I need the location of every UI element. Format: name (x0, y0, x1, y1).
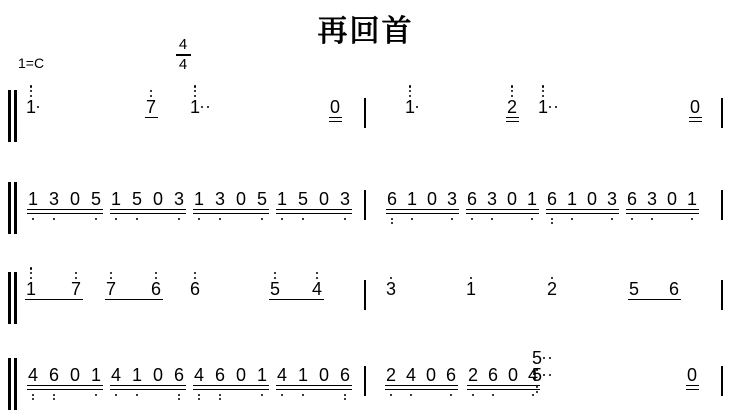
octave-dot-below (32, 398, 34, 400)
note-digit: 0 (508, 368, 518, 382)
duration-dot (555, 106, 557, 108)
octave-dot-below (95, 394, 97, 396)
start-double-barline (8, 272, 11, 324)
octave-dot-below (115, 394, 117, 396)
note-digit: 6 (190, 282, 200, 296)
octave-dot-below (198, 218, 200, 220)
note-digit: 1 (194, 192, 204, 206)
note-digit: 5 (132, 192, 142, 206)
octave-dot-below (219, 398, 221, 400)
octave-dot-below (302, 394, 304, 396)
octave-dot-below (551, 218, 553, 220)
note-digit: 6 (669, 282, 679, 296)
octave-dot-below (219, 394, 221, 396)
note-digit: 5 (91, 192, 101, 206)
note-digit: 6 (387, 192, 397, 206)
note-digit: 6 (627, 192, 637, 206)
beam-underline (467, 389, 540, 391)
octave-dot-below (198, 398, 200, 400)
octave-dot-below (391, 222, 393, 224)
octave-dot-above (110, 277, 112, 279)
beam-underline (110, 389, 186, 391)
octave-dot-above (194, 277, 196, 279)
note-digit: 1 (111, 192, 121, 206)
octave-dot-above (30, 277, 32, 279)
note-digit: 1 (687, 192, 697, 206)
note-digit: 0 (330, 100, 340, 114)
octave-dot-below (198, 394, 200, 396)
note-digit: 0 (667, 192, 677, 206)
note-digit: 0 (319, 192, 329, 206)
octave-dot-below (491, 218, 493, 220)
note-digit: 7 (146, 100, 156, 114)
note-digit: 1 (132, 368, 142, 382)
octave-dot-below (178, 394, 180, 396)
note-digit: 3 (647, 192, 657, 206)
note-digit: 1 (190, 100, 200, 114)
note-digit: 6 (547, 192, 557, 206)
note-digit: 5 (532, 351, 542, 365)
octave-dot-above (30, 90, 32, 92)
note-digit: 1 (298, 368, 308, 382)
note-digit: 6 (174, 368, 184, 382)
octave-dot-below (302, 218, 304, 220)
note-digit: 4 (194, 368, 204, 382)
beam-underline (193, 213, 269, 215)
note-digit: 0 (70, 368, 80, 382)
beam-underline (276, 213, 352, 215)
note-digit: 3 (607, 192, 617, 206)
octave-dot-below (471, 218, 473, 220)
note-digit: 6 (467, 192, 477, 206)
note-digit: 1 (405, 100, 415, 114)
octave-dot-below (390, 394, 392, 396)
note-digit: 2 (507, 100, 517, 114)
note-digit: 3 (215, 192, 225, 206)
beam-underline (506, 121, 519, 123)
octave-dot-below (611, 218, 613, 220)
note-digit: 6 (151, 282, 161, 296)
octave-dot-below (219, 218, 221, 220)
beam-underline (506, 117, 519, 119)
barline (721, 98, 723, 128)
note-digit: 7 (71, 282, 81, 296)
note-digit: 1 (538, 100, 548, 114)
octave-dot-above (542, 85, 544, 87)
octave-dot-below (651, 218, 653, 220)
octave-dot-below (691, 218, 693, 220)
octave-dot-above (316, 272, 318, 274)
note-digit: 3 (447, 192, 457, 206)
sheet-music-page: { "title": "再回首", "key_signature": "1=C"… (0, 0, 731, 420)
octave-dot-below (261, 394, 263, 396)
barline (364, 98, 366, 128)
octave-dot-below (492, 394, 494, 396)
octave-dot-below (571, 218, 573, 220)
note-digit: 1 (567, 192, 577, 206)
note-digit: 0 (153, 368, 163, 382)
octave-dot-above (30, 85, 32, 87)
beam-underline (466, 213, 539, 215)
beam-underline (686, 389, 699, 391)
octave-dot-below (53, 218, 55, 220)
beam-underline (546, 213, 619, 215)
octave-dot-above (409, 85, 411, 87)
octave-dot-above (194, 90, 196, 92)
octave-dot-below (631, 218, 633, 220)
duration-dot (207, 106, 209, 108)
note-digit: 5 (532, 368, 542, 382)
octave-dot-above (150, 95, 152, 97)
octave-dot-above (30, 95, 32, 97)
barline (364, 280, 366, 310)
beam-underline (385, 389, 458, 391)
octave-dot-above (110, 272, 112, 274)
octave-dot-below (532, 394, 534, 396)
octave-dot-above (274, 272, 276, 274)
octave-dot-above (194, 85, 196, 87)
note-digit: 0 (236, 192, 246, 206)
note-digit: 3 (386, 282, 396, 296)
note-digit: 6 (488, 368, 498, 382)
octave-dot-below (136, 394, 138, 396)
octave-dot-above (409, 90, 411, 92)
octave-dot-above (274, 277, 276, 279)
note-digit: 0 (690, 100, 700, 114)
duration-dot (549, 106, 551, 108)
octave-dot-below (178, 218, 180, 220)
note-digit: 6 (340, 368, 350, 382)
beam-underline (386, 213, 459, 215)
octave-dot-above (551, 277, 553, 279)
duration-dot (416, 106, 418, 108)
note-digit: 4 (28, 368, 38, 382)
note-digit: 0 (587, 192, 597, 206)
octave-dot-below (136, 218, 138, 220)
beam-underline (689, 121, 702, 123)
note-digit: 5 (270, 282, 280, 296)
start-double-barline (14, 90, 17, 142)
beam-underline (626, 213, 699, 215)
note-digit: 4 (406, 368, 416, 382)
note-digit: 0 (236, 368, 246, 382)
barline (364, 190, 366, 220)
start-double-barline (8, 90, 11, 142)
octave-dot-above (155, 277, 157, 279)
octave-dot-below (410, 394, 412, 396)
start-double-barline (14, 272, 17, 324)
start-double-barline (8, 358, 11, 410)
barline (721, 280, 723, 310)
note-digit: 2 (468, 368, 478, 382)
duration-dot (543, 374, 545, 376)
octave-dot-above (511, 95, 513, 97)
note-digit: 1 (466, 282, 476, 296)
octave-dot-above (409, 95, 411, 97)
note-digit: 0 (427, 192, 437, 206)
beam-underline (329, 117, 342, 119)
duration-dot (201, 106, 203, 108)
duration-dot (543, 357, 545, 359)
octave-dot-below (551, 222, 553, 224)
octave-dot-above (542, 90, 544, 92)
note-digit: 1 (527, 192, 537, 206)
score: 1710121013051503130515036103630161036301… (0, 0, 731, 420)
note-digit: 6 (446, 368, 456, 382)
octave-dot-below (32, 394, 34, 396)
beam-underline (329, 121, 342, 123)
note-digit: 3 (49, 192, 59, 206)
note-digit: 1 (26, 282, 36, 296)
octave-dot-above (150, 90, 152, 92)
octave-dot-below (391, 218, 393, 220)
note-digit: 0 (426, 368, 436, 382)
duration-dot (37, 106, 39, 108)
note-digit: 6 (215, 368, 225, 382)
octave-dot-below (53, 398, 55, 400)
note-digit: 1 (257, 368, 267, 382)
note-digit: 0 (70, 192, 80, 206)
octave-dot-below (115, 218, 117, 220)
start-double-barline (8, 182, 11, 234)
note-digit: 3 (174, 192, 184, 206)
octave-dot-below (32, 218, 34, 220)
beam-underline (686, 385, 699, 387)
octave-dot-below (344, 398, 346, 400)
octave-dot-above (511, 90, 513, 92)
note-digit: 2 (547, 282, 557, 296)
note-digit: 7 (106, 282, 116, 296)
octave-dot-above (390, 277, 392, 279)
note-digit: 0 (507, 192, 517, 206)
note-digit: 5 (298, 192, 308, 206)
note-digit: 3 (487, 192, 497, 206)
beam-underline (110, 213, 186, 215)
octave-dot-below (261, 218, 263, 220)
note-digit: 3 (340, 192, 350, 206)
note-digit: 1 (26, 100, 36, 114)
note-digit: 0 (687, 368, 697, 382)
octave-dot-above (30, 272, 32, 274)
octave-dot-below (450, 394, 452, 396)
note-digit: 1 (28, 192, 38, 206)
octave-dot-above (75, 272, 77, 274)
octave-dot-below (536, 391, 538, 393)
octave-dot-below (411, 218, 413, 220)
octave-dot-above (194, 272, 196, 274)
octave-dot-above (316, 277, 318, 279)
octave-dot-below (178, 398, 180, 400)
note-digit: 4 (312, 282, 322, 296)
note-digit: 4 (111, 368, 121, 382)
beam-underline (276, 389, 352, 391)
octave-dot-below (531, 218, 533, 220)
note-digit: 1 (91, 368, 101, 382)
beam-underline (27, 213, 103, 215)
note-digit: 5 (629, 282, 639, 296)
duration-dot (549, 357, 551, 359)
octave-dot-below (344, 218, 346, 220)
beam-underline (689, 117, 702, 119)
duration-dot (549, 374, 551, 376)
note-digit: 0 (319, 368, 329, 382)
beam-underline (193, 389, 269, 391)
barline (721, 366, 723, 396)
note-digit: 1 (407, 192, 417, 206)
octave-dot-below (281, 218, 283, 220)
note-digit: 1 (277, 192, 287, 206)
note-digit: 6 (49, 368, 59, 382)
note-digit: 2 (386, 368, 396, 382)
start-double-barline (14, 358, 17, 410)
beam-underline (145, 117, 158, 119)
barline (364, 366, 366, 396)
barline (721, 190, 723, 220)
beam-underline (27, 389, 103, 391)
octave-dot-above (75, 277, 77, 279)
start-double-barline (14, 182, 17, 234)
octave-dot-below (451, 218, 453, 220)
octave-dot-above (30, 267, 32, 269)
octave-dot-below (281, 394, 283, 396)
octave-dot-below (344, 394, 346, 396)
note-digit: 5 (257, 192, 267, 206)
octave-dot-above (155, 272, 157, 274)
note-digit: 4 (277, 368, 287, 382)
octave-dot-below (95, 218, 97, 220)
octave-dot-below (472, 394, 474, 396)
octave-dot-above (194, 95, 196, 97)
octave-dot-above (542, 95, 544, 97)
note-digit: 0 (153, 192, 163, 206)
octave-dot-above (511, 85, 513, 87)
octave-dot-below (53, 394, 55, 396)
octave-dot-above (470, 277, 472, 279)
